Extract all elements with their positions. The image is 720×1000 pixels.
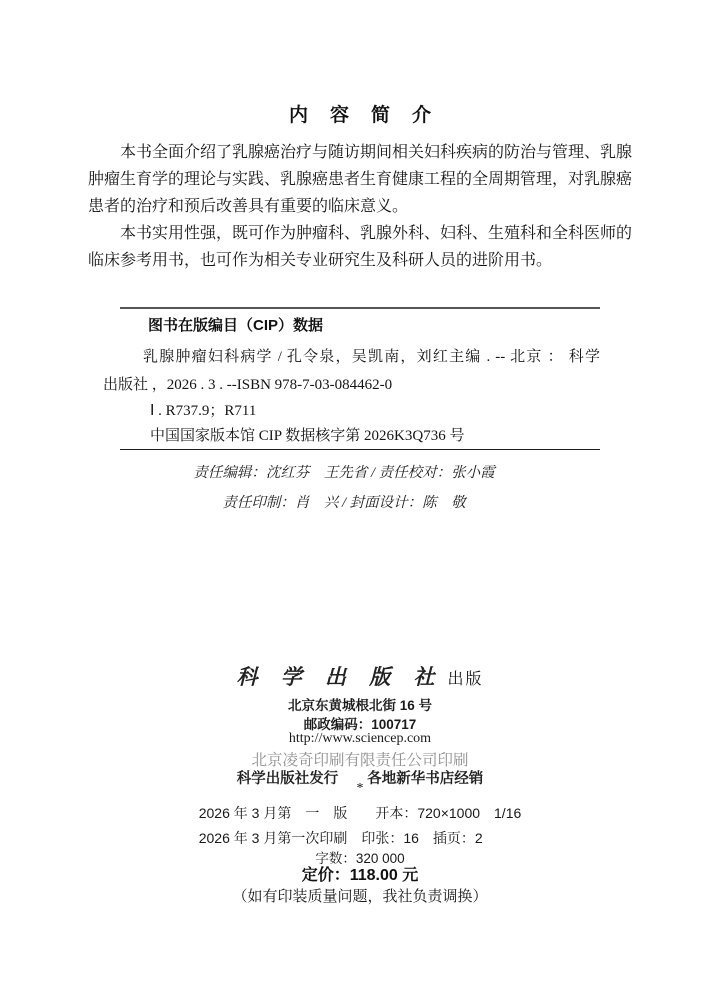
cip-record-number: 中国国家版本馆 CIP 数据核字第 2026K3Q736 号: [150, 424, 464, 445]
intro-title: 内容简介: [0, 100, 720, 127]
credit-editors-line: 责任编辑：沈红芬 王先省 / 责任校对：张小霞: [104, 458, 584, 488]
cip-entry-line-2: 出版社 ，2026 . 3 . --ISBN 978-7-03-084462-0: [103, 372, 600, 400]
price: 定价：118.00 元: [0, 862, 720, 885]
intro-paragraph-1: 本书全面介绍了乳腺癌治疗与随访期间相关妇科疾病的防治与管理、乳腺肿瘤生育学的理论…: [88, 139, 632, 220]
cip-heading: 图书在版编目（CIP）数据: [148, 314, 323, 335]
book-copyright-page: 内容简介 本书全面介绍了乳腺癌治疗与随访期间相关妇科疾病的防治与管理、乳腺肿瘤生…: [0, 0, 720, 1000]
cip-entry-line-1: 乳腺肿瘤妇科病学 / 孔令泉，吴凯南，刘红主编 . -- 北京 ： 科学: [143, 344, 600, 372]
cip-entry: 乳腺肿瘤妇科病学 / 孔令泉，吴凯南，刘红主编 . -- 北京 ： 科学 出版社…: [103, 344, 600, 399]
credits-block: 责任编辑：沈红芬 王先省 / 责任校对：张小霞 责任印制：肖 兴 / 封面设计：…: [104, 458, 584, 518]
edition-block: 2026 年 3 月第 一 版 开本：720×1000 1/16 2026 年 …: [0, 801, 720, 851]
publisher-imprint-label: 出版: [447, 671, 483, 688]
credits-rule: [120, 449, 600, 450]
intro-body: 本书全面介绍了乳腺癌治疗与随访期间相关妇科疾病的防治与管理、乳腺肿瘤生育学的理论…: [88, 139, 632, 274]
intro-paragraph-2: 本书实用性强，既可作为肿瘤科、乳腺外科、妇科、生殖科和全科医师的临床参考用书，也…: [88, 220, 632, 274]
publisher-postcode: 邮政编码：100717: [0, 713, 720, 733]
publisher-logo: 科 学 出 版 社: [236, 665, 443, 689]
credit-print-design-line: 责任印制：肖 兴 / 封面设计：陈 敬: [104, 488, 584, 518]
exchange-note: （如有印装质量问题，我社负责调换）: [0, 885, 720, 906]
cip-classification: Ⅰ . R737.9；R711: [150, 399, 256, 420]
publisher-address: 北京东黄城根北街 16 号: [0, 694, 720, 714]
edition-line: 2026 年 3 月第 一 版 开本：720×1000 1/16: [199, 801, 522, 826]
cip-rule-top: [120, 307, 600, 309]
publisher-line: 科 学 出 版 社 出版: [0, 661, 720, 691]
publisher-website: http://www.sciencep.com: [0, 731, 720, 747]
star-divider: *: [0, 781, 720, 797]
